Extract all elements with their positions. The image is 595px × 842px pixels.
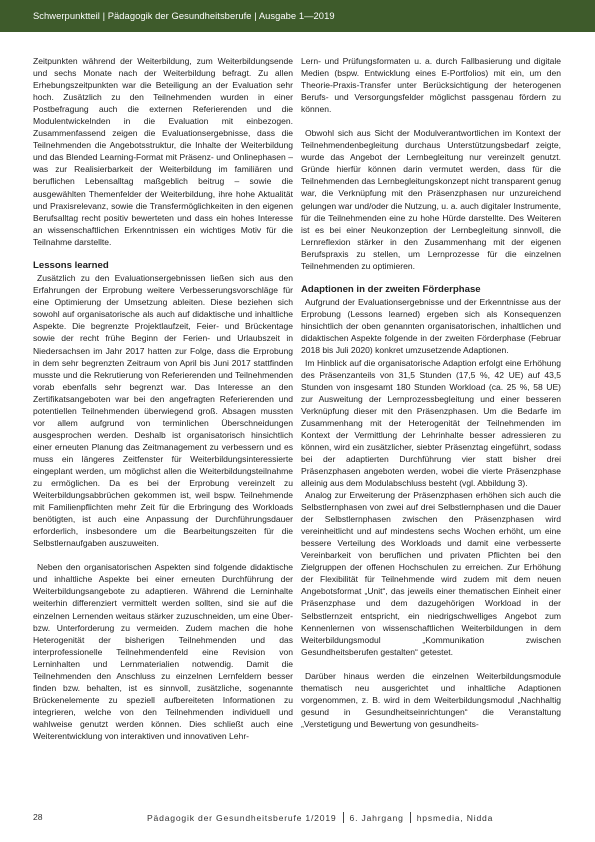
paragraph: Neben den organisatorischen Aspekten sin…: [33, 561, 293, 742]
section-heading-lessons-learned: Lessons learned: [33, 260, 293, 273]
paragraph: Im Hinblick auf die organisatorische Ada…: [301, 357, 561, 490]
footer-info: Pädagogik der Gesundheitsberufe 1/20196.…: [147, 812, 493, 823]
paragraph: Zeitpunkten während der Weiterbildung, z…: [33, 55, 293, 248]
paragraph: Lern- und Prüfungsformaten u. a. durch F…: [301, 55, 561, 115]
journal-name: Pädagogik der Gesundheitsberufe 1/2019: [147, 813, 337, 823]
paragraph: Obwohl sich aus Sicht der Modulverantwor…: [301, 127, 561, 272]
running-header: Schwerpunktteil | Pädagogik der Gesundhe…: [0, 0, 595, 32]
section-heading-adaptionen: Adaptionen in der zweiten Förderphase: [301, 284, 561, 297]
divider: [343, 812, 344, 823]
paragraph: Zusätzlich zu den Evaluationsergebnissen…: [33, 272, 293, 549]
paragraph: Analog zur Erweiterung der Präsenzphasen…: [301, 489, 561, 658]
volume: 6. Jahrgang: [350, 813, 404, 823]
paragraph: Darüber hinaus werden die einzelnen Weit…: [301, 670, 561, 730]
publisher: hpsmedia, Nidda: [417, 813, 494, 823]
page-number: 28: [33, 812, 43, 822]
left-column: Zeitpunkten während der Weiterbildung, z…: [33, 55, 293, 742]
header-title: Schwerpunktteil | Pädagogik der Gesundhe…: [33, 10, 335, 21]
right-column: Lern- und Prüfungsformaten u. a. durch F…: [301, 55, 561, 730]
paragraph: Aufgrund der Evaluationsergebnisse und d…: [301, 296, 561, 356]
divider: [410, 812, 411, 823]
